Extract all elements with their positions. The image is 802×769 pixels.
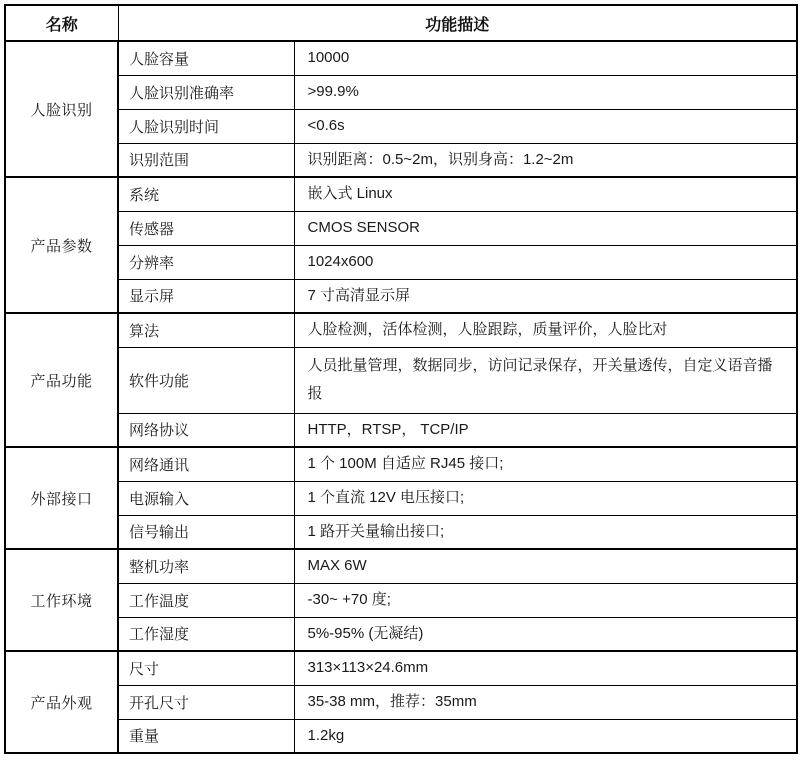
value-cell: 313×113×24.6mm bbox=[294, 651, 797, 685]
value-cell: CMOS SENSOR bbox=[294, 211, 797, 245]
table-row: 开孔尺寸 35-38 mm，推荐：35mm bbox=[5, 685, 797, 719]
table-row: 工作温度 -30~ +70 度; bbox=[5, 583, 797, 617]
value-cell: 1 路开关量输出接口; bbox=[294, 515, 797, 549]
table-row: 信号输出 1 路开关量输出接口; bbox=[5, 515, 797, 549]
param-cell: 网络协议 bbox=[118, 413, 294, 447]
param-cell: 识别范围 bbox=[118, 143, 294, 177]
group-cell-product-appearance: 产品外观 bbox=[5, 651, 118, 753]
table-row: 人脸识别 人脸容量 10000 bbox=[5, 41, 797, 75]
param-cell: 信号输出 bbox=[118, 515, 294, 549]
spec-sheet-page: 名称 功能描述 人脸识别 人脸容量 10000 人脸识别准确率 >99.9% 人… bbox=[0, 0, 802, 769]
value-cell: HTTP，RTSP， TCP/IP bbox=[294, 413, 797, 447]
value-cell: 35-38 mm，推荐：35mm bbox=[294, 685, 797, 719]
table-row: 重量 1.2kg bbox=[5, 719, 797, 753]
table-row: 产品功能 算法 人脸检测，活体检测，人脸跟踪，质量评价，人脸比对 bbox=[5, 313, 797, 347]
group-cell-external-interfaces: 外部接口 bbox=[5, 447, 118, 549]
param-cell: 网络通讯 bbox=[118, 447, 294, 481]
group-cell-face-recognition: 人脸识别 bbox=[5, 41, 118, 177]
param-cell: 系统 bbox=[118, 177, 294, 211]
value-cell: 人员批量管理，数据同步，访问记录保存，开关量透传，自定义语音播 报 bbox=[294, 347, 797, 413]
value-cell: 嵌入式 Linux bbox=[294, 177, 797, 211]
table-row: 电源输入 1 个直流 12V 电压接口; bbox=[5, 481, 797, 515]
param-cell: 算法 bbox=[118, 313, 294, 347]
table-row: 人脸识别时间 <0.6s bbox=[5, 109, 797, 143]
param-cell: 重量 bbox=[118, 719, 294, 753]
table-row: 人脸识别准确率 >99.9% bbox=[5, 75, 797, 109]
table-row: 外部接口 网络通讯 1 个 100M 自适应 RJ45 接口; bbox=[5, 447, 797, 481]
value-cell: 人脸检测，活体检测，人脸跟踪，质量评价，人脸比对 bbox=[294, 313, 797, 347]
group-cell-product-params: 产品参数 bbox=[5, 177, 118, 313]
value-cell: 识别距离：0.5~2m，识别身高：1.2~2m bbox=[294, 143, 797, 177]
value-cell: >99.9% bbox=[294, 75, 797, 109]
value-cell: 5%-95% (无凝结) bbox=[294, 617, 797, 651]
table-row: 识别范围 识别距离：0.5~2m，识别身高：1.2~2m bbox=[5, 143, 797, 177]
param-cell: 传感器 bbox=[118, 211, 294, 245]
param-cell: 工作湿度 bbox=[118, 617, 294, 651]
table-row: 产品参数 系统 嵌入式 Linux bbox=[5, 177, 797, 211]
table-row: 工作湿度 5%-95% (无凝结) bbox=[5, 617, 797, 651]
value-cell: <0.6s bbox=[294, 109, 797, 143]
group-cell-product-functions: 产品功能 bbox=[5, 313, 118, 447]
table-row: 分辨率 1024x600 bbox=[5, 245, 797, 279]
param-cell: 分辨率 bbox=[118, 245, 294, 279]
table-row: 显示屏 7 寸高清显示屏 bbox=[5, 279, 797, 313]
table-row: 产品外观 尺寸 313×113×24.6mm bbox=[5, 651, 797, 685]
param-cell: 尺寸 bbox=[118, 651, 294, 685]
param-cell: 工作温度 bbox=[118, 583, 294, 617]
param-cell: 人脸识别准确率 bbox=[118, 75, 294, 109]
param-cell: 显示屏 bbox=[118, 279, 294, 313]
group-cell-working-environment: 工作环境 bbox=[5, 549, 118, 651]
header-description-cell: 功能描述 bbox=[118, 5, 797, 41]
value-cell: 1 个 100M 自适应 RJ45 接口; bbox=[294, 447, 797, 481]
value-cell: 1 个直流 12V 电压接口; bbox=[294, 481, 797, 515]
table-row: 传感器 CMOS SENSOR bbox=[5, 211, 797, 245]
param-cell: 电源输入 bbox=[118, 481, 294, 515]
value-cell: 1024x600 bbox=[294, 245, 797, 279]
param-cell: 人脸识别时间 bbox=[118, 109, 294, 143]
param-cell: 软件功能 bbox=[118, 347, 294, 413]
value-cell: 7 寸高清显示屏 bbox=[294, 279, 797, 313]
param-cell: 开孔尺寸 bbox=[118, 685, 294, 719]
param-cell: 整机功率 bbox=[118, 549, 294, 583]
header-name-cell: 名称 bbox=[5, 5, 118, 41]
table-row: 工作环境 整机功率 MAX 6W bbox=[5, 549, 797, 583]
table-header-row: 名称 功能描述 bbox=[5, 5, 797, 41]
param-cell: 人脸容量 bbox=[118, 41, 294, 75]
value-cell: 10000 bbox=[294, 41, 797, 75]
value-cell: -30~ +70 度; bbox=[294, 583, 797, 617]
table-row: 网络协议 HTTP，RTSP， TCP/IP bbox=[5, 413, 797, 447]
value-cell: MAX 6W bbox=[294, 549, 797, 583]
value-cell: 1.2kg bbox=[294, 719, 797, 753]
product-spec-table: 名称 功能描述 人脸识别 人脸容量 10000 人脸识别准确率 >99.9% 人… bbox=[4, 4, 798, 754]
table-row: 软件功能 人员批量管理，数据同步，访问记录保存，开关量透传，自定义语音播 报 bbox=[5, 347, 797, 413]
